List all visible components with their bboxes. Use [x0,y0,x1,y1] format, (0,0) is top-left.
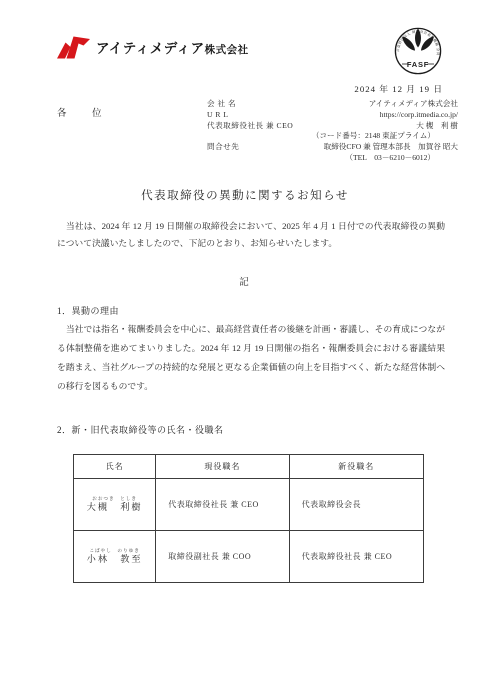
fasf-member-seal-icon: 公益財団法人 財務会計基準機構 会員 FASF [394,27,442,75]
lead-paragraph: 当社は、2024 年 12 月 19 日開催の取締役会において、2025 年 4… [0,218,490,252]
info-label: 会 社 名 [207,99,236,110]
info-label: 問合せ先 [207,142,239,153]
press-release-document: アイティメディア株式会社 公益財団法人 財務会計基準機構 会員 FASF 202… [0,0,490,692]
cell-name: こばやし のりゆき 小林 教至 [74,530,156,582]
company-info-block: 会 社 名 アイティメディア株式会社 U R L https://corp.it… [207,99,458,164]
info-value: （TEL 03－6210－6012） [345,153,458,164]
info-value: 大 槻 利 樹 [416,121,458,132]
cell-name: おおつき としき 大槻 利樹 [74,478,156,530]
info-row-url: U R L https://corp.itmedia.co.jp/ [207,110,458,121]
page-title: 代表取締役の異動に関するお知らせ [0,187,490,203]
info-row-contact: 問合せ先 取締役CFO 兼 管理本部長 加賀谷 昭大 [207,142,458,153]
addressee-info-row: 各 位 会 社 名 アイティメディア株式会社 U R L https://cor… [0,95,490,164]
record-mark: 記 [0,274,490,288]
name-text: 小林 教至 [75,554,154,565]
section1-body: 当社では指名・報酬委員会を中心に、最高経営責任者の後継を計画・審議し、その育成に… [0,320,490,396]
officers-table: 氏名 現役職名 新役職名 おおつき としき 大槻 利樹 代表取締役社長 兼 CE… [73,454,424,583]
cell-new-title: 代表取締役会長 [289,478,423,530]
info-label: 代表取締役社長 兼 CEO [207,121,293,132]
header-name: 氏名 [74,454,156,478]
header-current-title: 現役職名 [156,454,289,478]
info-label: U R L [207,110,228,121]
document-header: アイティメディア株式会社 公益財団法人 財務会計基準機構 会員 FASF [0,0,490,75]
section1-heading: 1．異動の理由 [0,304,490,317]
document-date: 2024 年 12 月 19 日 [0,82,490,95]
company-logo: アイティメディア株式会社 [57,36,249,59]
addressee: 各 位 [57,105,110,164]
cell-new-title: 代表取締役社長 兼 CEO [289,530,423,582]
info-row-stock-code: （コード番号：2148 東証プライム） [207,131,458,142]
cell-current-title: 代表取締役社長 兼 CEO [156,478,289,530]
logo-text-main: アイティメディア [96,41,205,56]
table-row: こばやし のりゆき 小林 教至 取締役副社長 兼 COO 代表取締役社長 兼 C… [74,530,424,582]
itmedia-logo-icon [57,36,90,59]
info-value-url: https://corp.itmedia.co.jp/ [380,110,458,121]
seal-fasf-label: FASF [407,60,429,69]
info-value: （コード番号：2148 東証プライム） [312,131,458,142]
table-header-row: 氏名 現役職名 新役職名 [74,454,424,478]
section2-heading: 2．新・旧代表取締役等の氏名・役職名 [0,423,490,436]
info-row-company-name: 会 社 名 アイティメディア株式会社 [207,99,458,110]
name-text: 大槻 利樹 [75,502,154,513]
company-logo-text: アイティメディア株式会社 [96,37,249,58]
info-row-tel: （TEL 03－6210－6012） [207,153,458,164]
info-row-president: 代表取締役社長 兼 CEO 大 槻 利 樹 [207,121,458,132]
logo-text-sub: 株式会社 [205,44,249,56]
cell-current-title: 取締役副社長 兼 COO [156,530,289,582]
table-row: おおつき としき 大槻 利樹 代表取締役社長 兼 CEO 代表取締役会長 [74,478,424,530]
info-value: 取締役CFO 兼 管理本部長 加賀谷 昭大 [324,142,458,153]
header-new-title: 新役職名 [289,454,423,478]
info-value: アイティメディア株式会社 [369,99,458,110]
